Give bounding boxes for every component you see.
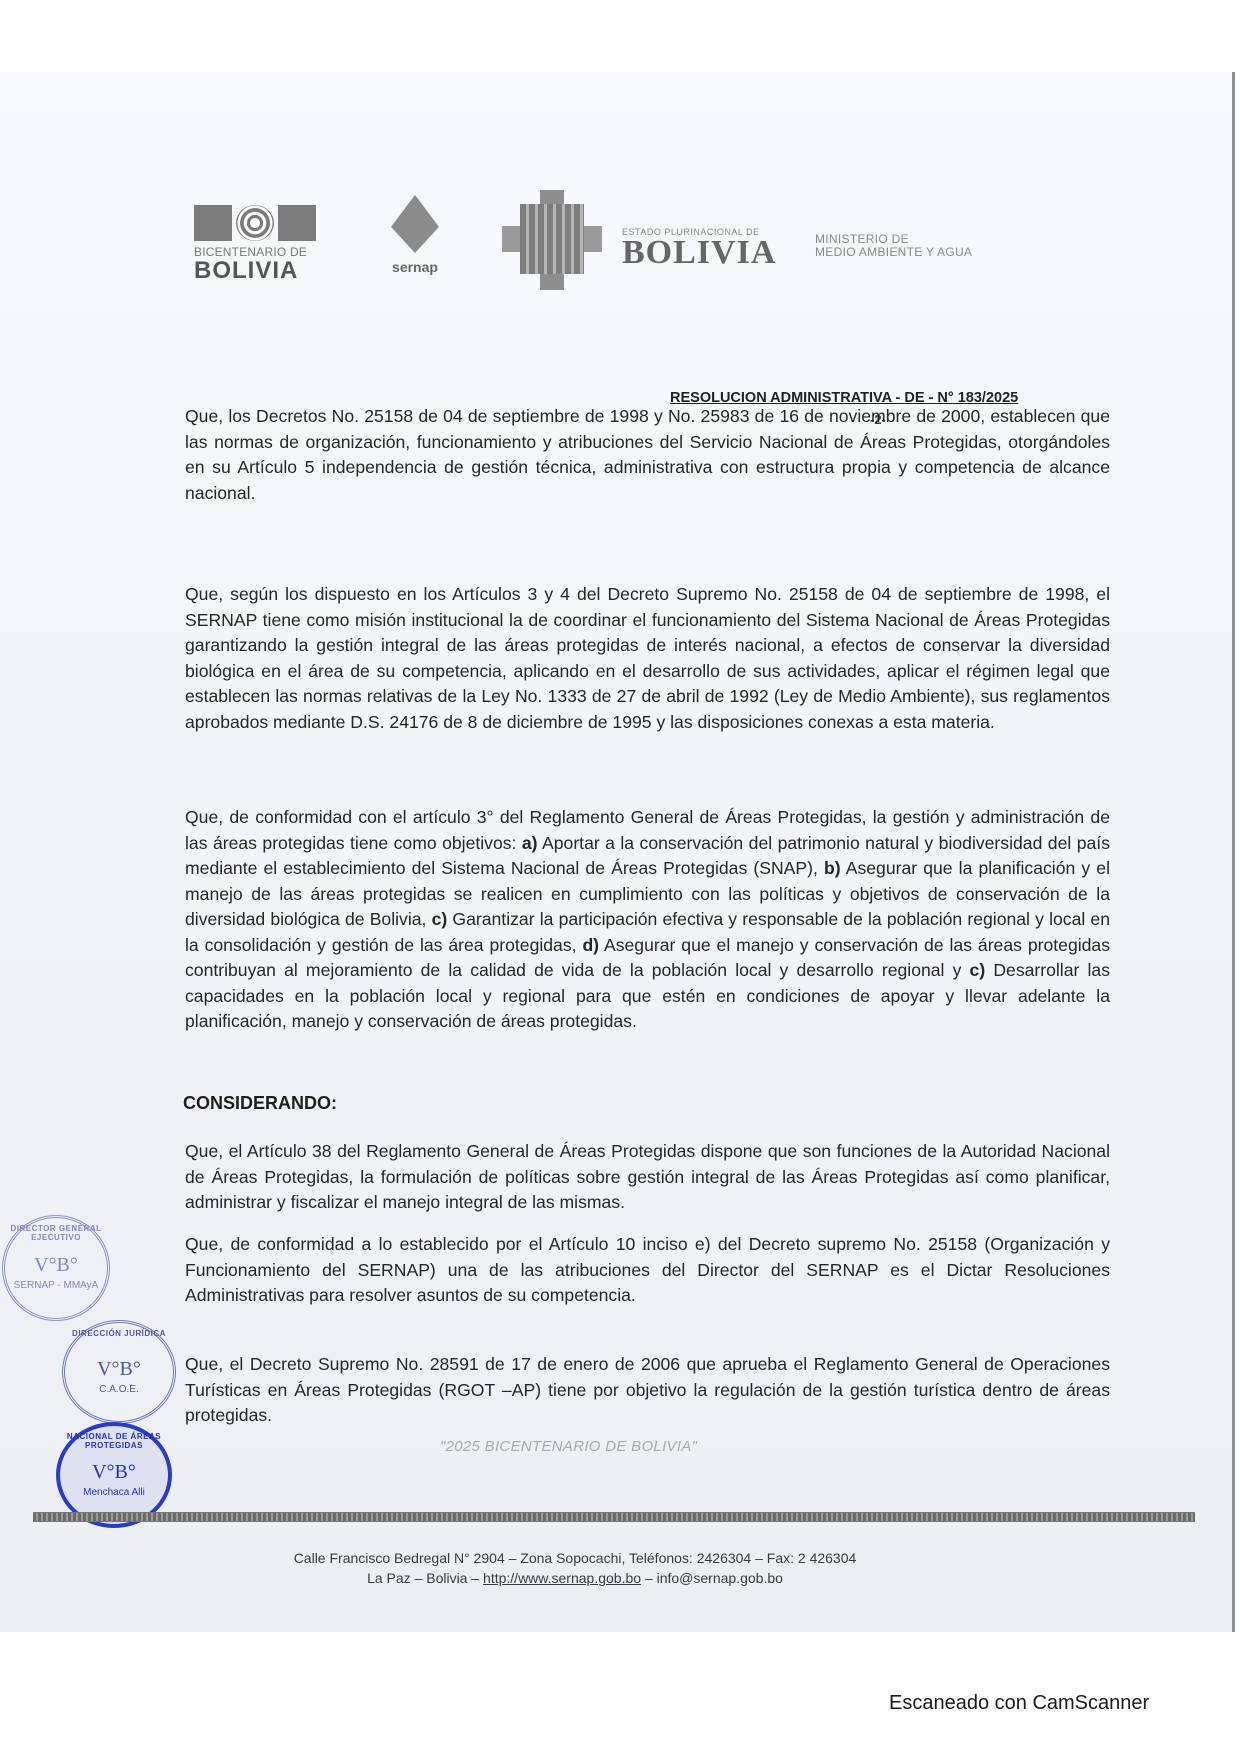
paragraph-articulo-10: Que, de conformidad a lo establecido por… bbox=[185, 1232, 1110, 1309]
header-logos: BICENTENARIO DE BOLIVIA sernap ESTADO PL… bbox=[190, 195, 1050, 295]
estado-logo: ESTADO PLURINACIONAL DE BOLIVIA bbox=[622, 227, 776, 269]
paragraph-mision: Que, según los dispuesto en los Artículo… bbox=[185, 582, 1110, 735]
objective-marker: c) bbox=[970, 960, 986, 980]
chakana-emblem-icon bbox=[502, 190, 602, 290]
juridica-stamp: DIRECCIÓN JURÍDICA V°B° C.A.O.E. bbox=[62, 1320, 176, 1424]
footer-line1: Calle Francisco Bedregal N° 2904 – Zona … bbox=[190, 1548, 960, 1568]
paragraph-decretos: Que, los Decretos No. 25158 de 04 de sep… bbox=[185, 404, 1110, 506]
ministerio-line2: MEDIO AMBIENTE Y AGUA bbox=[815, 246, 972, 259]
sernap-logo: sernap bbox=[380, 195, 450, 275]
footer-address: Calle Francisco Bedregal N° 2904 – Zona … bbox=[190, 1548, 960, 1588]
objective-marker: c) bbox=[432, 909, 448, 929]
footer-line2: La Paz – Bolivia – http://www.sernap.gob… bbox=[190, 1568, 960, 1588]
objective-marker: b) bbox=[824, 858, 841, 878]
paragraph-articulo-38: Que, el Artículo 38 del Reglamento Gener… bbox=[185, 1139, 1110, 1216]
objective-marker: d) bbox=[582, 935, 599, 955]
director-stamp: DIRECTOR GENERAL EJECUTIVO V°B° SERNAP -… bbox=[2, 1215, 110, 1321]
bicentenario-icons bbox=[194, 205, 324, 241]
bicentenario-title: BOLIVIA bbox=[194, 259, 324, 283]
bicentenario-logo: BICENTENARIO DE BOLIVIA bbox=[194, 205, 324, 283]
bicentenario-motto: "2025 BICENTENARIO DE BOLIVIA" bbox=[440, 1438, 697, 1455]
footer-divider bbox=[33, 1512, 1195, 1522]
sernap-label: sernap bbox=[380, 259, 450, 275]
ministerio-logo: MINISTERIO DE MEDIO AMBIENTE Y AGUA bbox=[815, 233, 972, 259]
sernap-emblem-icon bbox=[391, 195, 439, 253]
paragraph-objetivos: Que, de conformidad con el artículo 3° d… bbox=[185, 805, 1110, 1035]
website-link[interactable]: http://www.sernap.gob.bo bbox=[483, 1570, 641, 1586]
estado-title: BOLIVIA bbox=[622, 237, 776, 269]
scanned-page: BICENTENARIO DE BOLIVIA sernap ESTADO PL… bbox=[0, 72, 1235, 1632]
considerando-heading: CONSIDERANDO: bbox=[183, 1093, 337, 1114]
camscanner-watermark: Escaneado con CamScanner bbox=[889, 1692, 1149, 1715]
paragraph-rgot: Que, el Decreto Supremo No. 28591 de 17 … bbox=[185, 1352, 1110, 1429]
objective-marker: a) bbox=[522, 833, 538, 853]
